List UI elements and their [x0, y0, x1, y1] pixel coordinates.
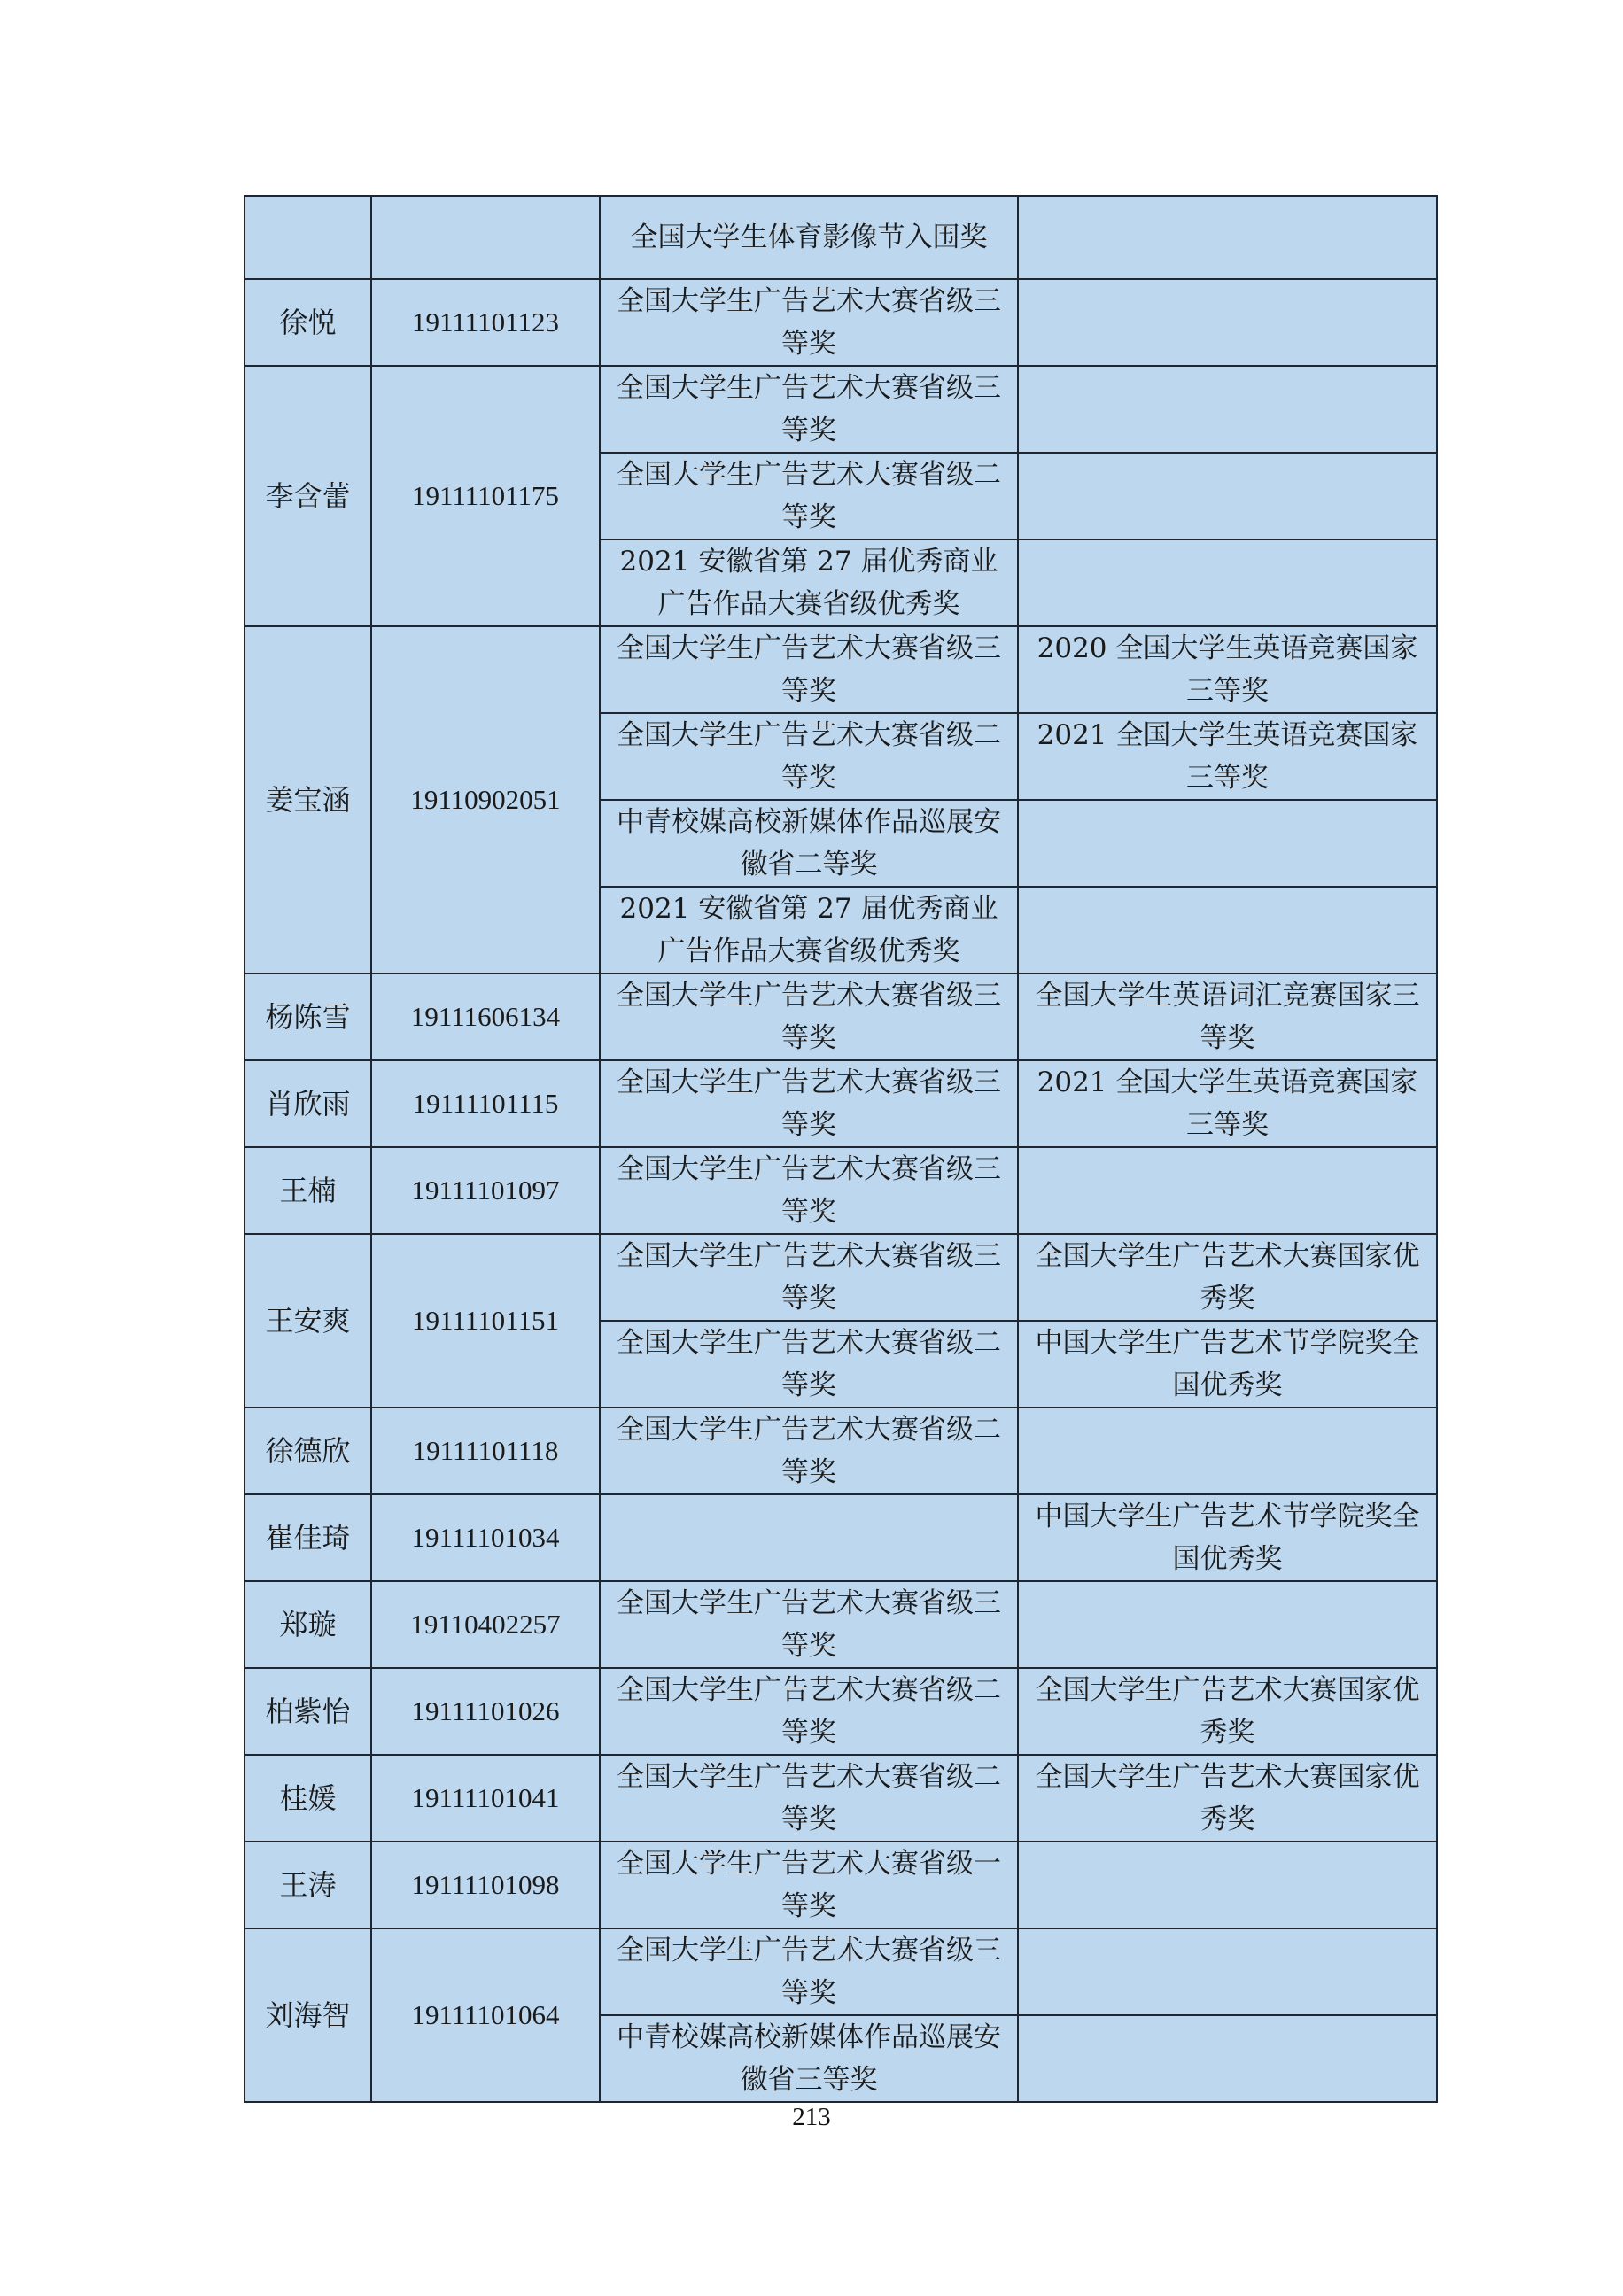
- provincial-award-cell: 全国大学生广告艺术大赛省级二等奖: [600, 713, 1018, 800]
- national-award-cell: [1018, 539, 1437, 626]
- national-award-cell: [1018, 453, 1437, 539]
- page-number: 213: [0, 2103, 1623, 2132]
- student-name-cell: 桂媛: [245, 1755, 371, 1842]
- national-award-cell: 2021 全国大学生英语竞赛国家三等奖: [1018, 713, 1437, 800]
- student-name-cell: 郑璇: [245, 1581, 371, 1668]
- provincial-award-cell: 全国大学生广告艺术大赛省级二等奖: [600, 1321, 1018, 1408]
- student-name-cell: 王涛: [245, 1842, 371, 1928]
- provincial-award-cell: [600, 1494, 1018, 1581]
- national-award-cell: [1018, 1928, 1437, 2015]
- student-name-cell: 肖欣雨: [245, 1060, 371, 1147]
- provincial-award-cell: 全国大学生广告艺术大赛省级三等奖: [600, 1928, 1018, 2015]
- student-id-cell: 19111101151: [371, 1234, 600, 1408]
- student-id-cell: 19111101097: [371, 1147, 600, 1234]
- provincial-award-cell: 全国大学生广告艺术大赛省级二等奖: [600, 1755, 1018, 1842]
- provincial-award-cell: 中青校媒高校新媒体作品巡展安徽省二等奖: [600, 800, 1018, 887]
- national-award-cell: 全国大学生广告艺术大赛国家优秀奖: [1018, 1755, 1437, 1842]
- national-award-cell: [1018, 800, 1437, 887]
- student-id-cell: 19111101115: [371, 1060, 600, 1147]
- student-id-cell: 19110902051: [371, 626, 600, 973]
- table-row: 柏紫怡19111101026全国大学生广告艺术大赛省级二等奖全国大学生广告艺术大…: [245, 1668, 1437, 1755]
- provincial-award-cell: 全国大学生广告艺术大赛省级二等奖: [600, 453, 1018, 539]
- national-award-cell: [1018, 366, 1437, 453]
- awards-table-body: 全国大学生体育影像节入围奖徐悦19111101123全国大学生广告艺术大赛省级三…: [245, 196, 1437, 2102]
- student-id-cell: 19110402257: [371, 1581, 600, 1668]
- student-name-cell: 徐德欣: [245, 1408, 371, 1494]
- national-award-cell: [1018, 887, 1437, 973]
- table-row: 全国大学生体育影像节入围奖: [245, 196, 1437, 279]
- student-name-cell: 刘海智: [245, 1928, 371, 2102]
- national-award-cell: [1018, 279, 1437, 366]
- provincial-award-cell: 中青校媒高校新媒体作品巡展安徽省三等奖: [600, 2015, 1018, 2102]
- table-row: 刘海智19111101064全国大学生广告艺术大赛省级三等奖: [245, 1928, 1437, 2015]
- provincial-award-cell: 全国大学生广告艺术大赛省级三等奖: [600, 1147, 1018, 1234]
- national-award-cell: 全国大学生英语词汇竞赛国家三等奖: [1018, 973, 1437, 1060]
- provincial-award-cell: 全国大学生广告艺术大赛省级三等奖: [600, 626, 1018, 713]
- student-id-cell: 19111101118: [371, 1408, 600, 1494]
- student-id-cell: [371, 196, 600, 279]
- student-id-cell: 19111101034: [371, 1494, 600, 1581]
- table-row: 杨陈雪19111606134全国大学生广告艺术大赛省级三等奖全国大学生英语词汇竞…: [245, 973, 1437, 1060]
- provincial-award-cell: 全国大学生广告艺术大赛省级一等奖: [600, 1842, 1018, 1928]
- national-award-cell: 中国大学生广告艺术节学院奖全国优秀奖: [1018, 1321, 1437, 1408]
- national-award-cell: 全国大学生广告艺术大赛国家优秀奖: [1018, 1668, 1437, 1755]
- student-id-cell: 19111101026: [371, 1668, 600, 1755]
- table-row: 李含蕾19111101175全国大学生广告艺术大赛省级三等奖: [245, 366, 1437, 453]
- student-id-cell: 19111101123: [371, 279, 600, 366]
- national-award-cell: [1018, 1842, 1437, 1928]
- student-name-cell: 徐悦: [245, 279, 371, 366]
- table-row: 王楠19111101097全国大学生广告艺术大赛省级三等奖: [245, 1147, 1437, 1234]
- table-row: 姜宝涵19110902051全国大学生广告艺术大赛省级三等奖2020 全国大学生…: [245, 626, 1437, 713]
- student-name-cell: 柏紫怡: [245, 1668, 371, 1755]
- national-award-cell: [1018, 1581, 1437, 1668]
- student-awards-table: 全国大学生体育影像节入围奖徐悦19111101123全国大学生广告艺术大赛省级三…: [244, 195, 1438, 2103]
- provincial-award-cell: 2021 安徽省第 27 届优秀商业广告作品大赛省级优秀奖: [600, 887, 1018, 973]
- table-row: 郑璇19110402257全国大学生广告艺术大赛省级三等奖: [245, 1581, 1437, 1668]
- table-row: 王安爽19111101151全国大学生广告艺术大赛省级三等奖全国大学生广告艺术大…: [245, 1234, 1437, 1321]
- table-row: 崔佳琦19111101034中国大学生广告艺术节学院奖全国优秀奖: [245, 1494, 1437, 1581]
- provincial-award-cell: 2021 安徽省第 27 届优秀商业广告作品大赛省级优秀奖: [600, 539, 1018, 626]
- document-page: 全国大学生体育影像节入围奖徐悦19111101123全国大学生广告艺术大赛省级三…: [0, 0, 1623, 2296]
- national-award-cell: 中国大学生广告艺术节学院奖全国优秀奖: [1018, 1494, 1437, 1581]
- provincial-award-cell: 全国大学生广告艺术大赛省级二等奖: [600, 1668, 1018, 1755]
- student-name-cell: 王安爽: [245, 1234, 371, 1408]
- provincial-award-cell: 全国大学生广告艺术大赛省级三等奖: [600, 1060, 1018, 1147]
- national-award-cell: [1018, 196, 1437, 279]
- table-row: 徐悦19111101123全国大学生广告艺术大赛省级三等奖: [245, 279, 1437, 366]
- table-row: 肖欣雨19111101115全国大学生广告艺术大赛省级三等奖2021 全国大学生…: [245, 1060, 1437, 1147]
- national-award-cell: 2020 全国大学生英语竞赛国家三等奖: [1018, 626, 1437, 713]
- provincial-award-cell: 全国大学生广告艺术大赛省级三等奖: [600, 1234, 1018, 1321]
- provincial-award-cell: 全国大学生广告艺术大赛省级三等奖: [600, 366, 1018, 453]
- student-id-cell: 19111101041: [371, 1755, 600, 1842]
- provincial-award-cell: 全国大学生广告艺术大赛省级三等奖: [600, 279, 1018, 366]
- student-name-cell: [245, 196, 371, 279]
- student-name-cell: 姜宝涵: [245, 626, 371, 973]
- national-award-cell: [1018, 1408, 1437, 1494]
- table-row: 桂媛19111101041全国大学生广告艺术大赛省级二等奖全国大学生广告艺术大赛…: [245, 1755, 1437, 1842]
- student-id-cell: 19111606134: [371, 973, 600, 1060]
- provincial-award-cell: 全国大学生体育影像节入围奖: [600, 196, 1018, 279]
- student-name-cell: 李含蕾: [245, 366, 371, 626]
- student-name-cell: 崔佳琦: [245, 1494, 371, 1581]
- student-id-cell: 19111101098: [371, 1842, 600, 1928]
- national-award-cell: 2021 全国大学生英语竞赛国家三等奖: [1018, 1060, 1437, 1147]
- national-award-cell: [1018, 1147, 1437, 1234]
- provincial-award-cell: 全国大学生广告艺术大赛省级三等奖: [600, 1581, 1018, 1668]
- student-name-cell: 王楠: [245, 1147, 371, 1234]
- table-row: 徐德欣19111101118全国大学生广告艺术大赛省级二等奖: [245, 1408, 1437, 1494]
- table-row: 王涛19111101098全国大学生广告艺术大赛省级一等奖: [245, 1842, 1437, 1928]
- national-award-cell: [1018, 2015, 1437, 2102]
- student-id-cell: 19111101175: [371, 366, 600, 626]
- provincial-award-cell: 全国大学生广告艺术大赛省级二等奖: [600, 1408, 1018, 1494]
- student-id-cell: 19111101064: [371, 1928, 600, 2102]
- provincial-award-cell: 全国大学生广告艺术大赛省级三等奖: [600, 973, 1018, 1060]
- student-name-cell: 杨陈雪: [245, 973, 371, 1060]
- national-award-cell: 全国大学生广告艺术大赛国家优秀奖: [1018, 1234, 1437, 1321]
